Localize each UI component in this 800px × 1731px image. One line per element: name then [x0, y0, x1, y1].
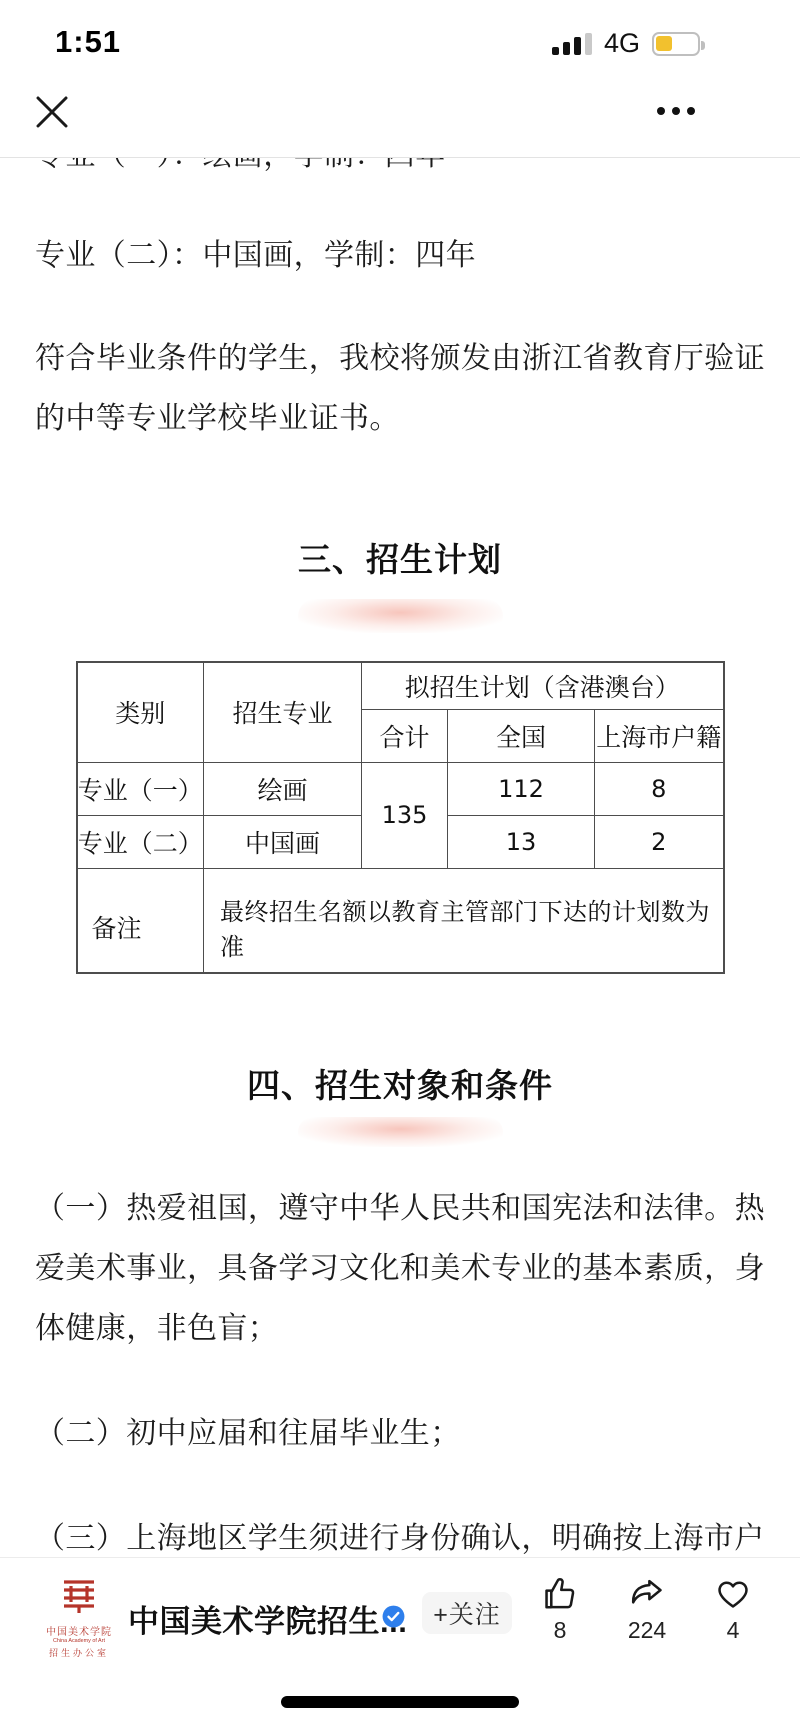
status-bar: 1:51 4G: [0, 0, 800, 78]
paragraph-major-two: 专业（二）：中国画，学制：四年: [35, 226, 765, 286]
table-header-major: 招生专业: [204, 662, 362, 762]
paragraph-condition-1: （一）热爱祖国，遵守中华人民共和国宪法和法律。热爱美术事业，具备学习文化和美术专…: [35, 1179, 765, 1359]
logo-text-office: 招生办公室: [40, 1646, 118, 1659]
article-viewer-screen: 1:51 4G 专业（一）：绘画，学制：四年 专业（二）：中国画，学制：四年 符…: [0, 0, 800, 1731]
heart-icon: [714, 1574, 752, 1612]
table-cell-major-1: 绘画: [204, 762, 362, 815]
section-title-requirements: 四、招生对象和条件: [35, 1060, 765, 1107]
table-header-category: 类别: [77, 662, 204, 762]
cellular-signal-icon: [552, 33, 592, 55]
like-count: 8: [554, 1617, 567, 1644]
table-header-shanghai: 上海市户籍: [595, 709, 724, 762]
table-cell-shanghai-1: 8: [595, 762, 724, 815]
section-title-enrollment-plan: 三、招生计划: [35, 534, 765, 581]
share-action[interactable]: 224: [617, 1574, 677, 1644]
table-header-national: 全国: [448, 709, 595, 762]
favorite-count: 4: [727, 1617, 740, 1644]
clock: 1:51: [55, 24, 121, 60]
favorite-action[interactable]: 4: [703, 1574, 763, 1644]
article-content: 专业（一）：绘画，学制：四年 专业（二）：中国画，学制：四年 符合毕业条件的学生…: [0, 157, 800, 1557]
home-indicator[interactable]: [281, 1696, 519, 1708]
table-cell-category-2: 专业（二）: [77, 815, 204, 868]
paragraph-condition-3: （三）上海地区学生须进行身份确认，明确按上海市户: [35, 1509, 765, 1557]
heading-underline-decoration: [298, 599, 503, 633]
network-type-label: 4G: [604, 28, 640, 59]
table-cell-major-2: 中国画: [204, 815, 362, 868]
table-header-total: 合计: [362, 709, 448, 762]
status-indicators: 4G: [552, 28, 700, 59]
like-action[interactable]: 8: [530, 1574, 590, 1644]
account-footer-bar: 中国美术学院 China Academy of Art 招生办公室 中国美术学院…: [0, 1557, 800, 1731]
paragraph-certificate: 符合毕业条件的学生，我校将颁发由浙江省教育厅验证的中等专业学校毕业证书。: [35, 329, 765, 449]
table-cell-national-2: 13: [448, 815, 595, 868]
account-name[interactable]: 中国美术学院招生...: [128, 1596, 407, 1641]
close-icon[interactable]: [30, 90, 74, 134]
follow-button[interactable]: +关注: [422, 1592, 512, 1634]
paragraph-major-one: 专业（一）：绘画，学制：四年: [35, 158, 765, 173]
table-header-plan: 拟招生计划（含港澳台）: [362, 662, 724, 709]
table-cell-national-1: 112: [448, 762, 595, 815]
enrollment-plan-table: 类别 招生专业 拟招生计划（含港澳台） 合计 全国 上海市户籍 专业（一） 绘画…: [76, 661, 725, 974]
clipped-scrolled-line: 专业（一）：绘画，学制：四年: [35, 158, 765, 174]
caa-seal-icon: [56, 1578, 102, 1616]
more-ellipsis-icon[interactable]: [657, 96, 695, 126]
heading-underline-decoration: [298, 1117, 503, 1147]
table-cell-category-1: 专业（一）: [77, 762, 204, 815]
thumbs-up-icon: [540, 1574, 580, 1612]
caa-logo: 中国美术学院 China Academy of Art 招生办公室: [40, 1578, 118, 1659]
share-arrow-icon: [627, 1574, 667, 1612]
verified-badge-icon: [381, 1604, 406, 1629]
nav-bar: [0, 78, 800, 157]
logo-text-en: China Academy of Art: [44, 1638, 114, 1643]
table-note-label: 备注: [77, 868, 204, 973]
battery-icon: [652, 32, 700, 56]
share-count: 224: [628, 1617, 666, 1644]
table-cell-combined-total: 135: [362, 762, 448, 868]
table-cell-shanghai-2: 2: [595, 815, 724, 868]
paragraph-condition-2: （二）初中应届和往届毕业生；: [35, 1404, 765, 1464]
table-note-text: 最终招生名额以教育主管部门下达的计划数为准: [204, 868, 724, 973]
logo-text-cn: 中国美术学院: [40, 1623, 118, 1638]
